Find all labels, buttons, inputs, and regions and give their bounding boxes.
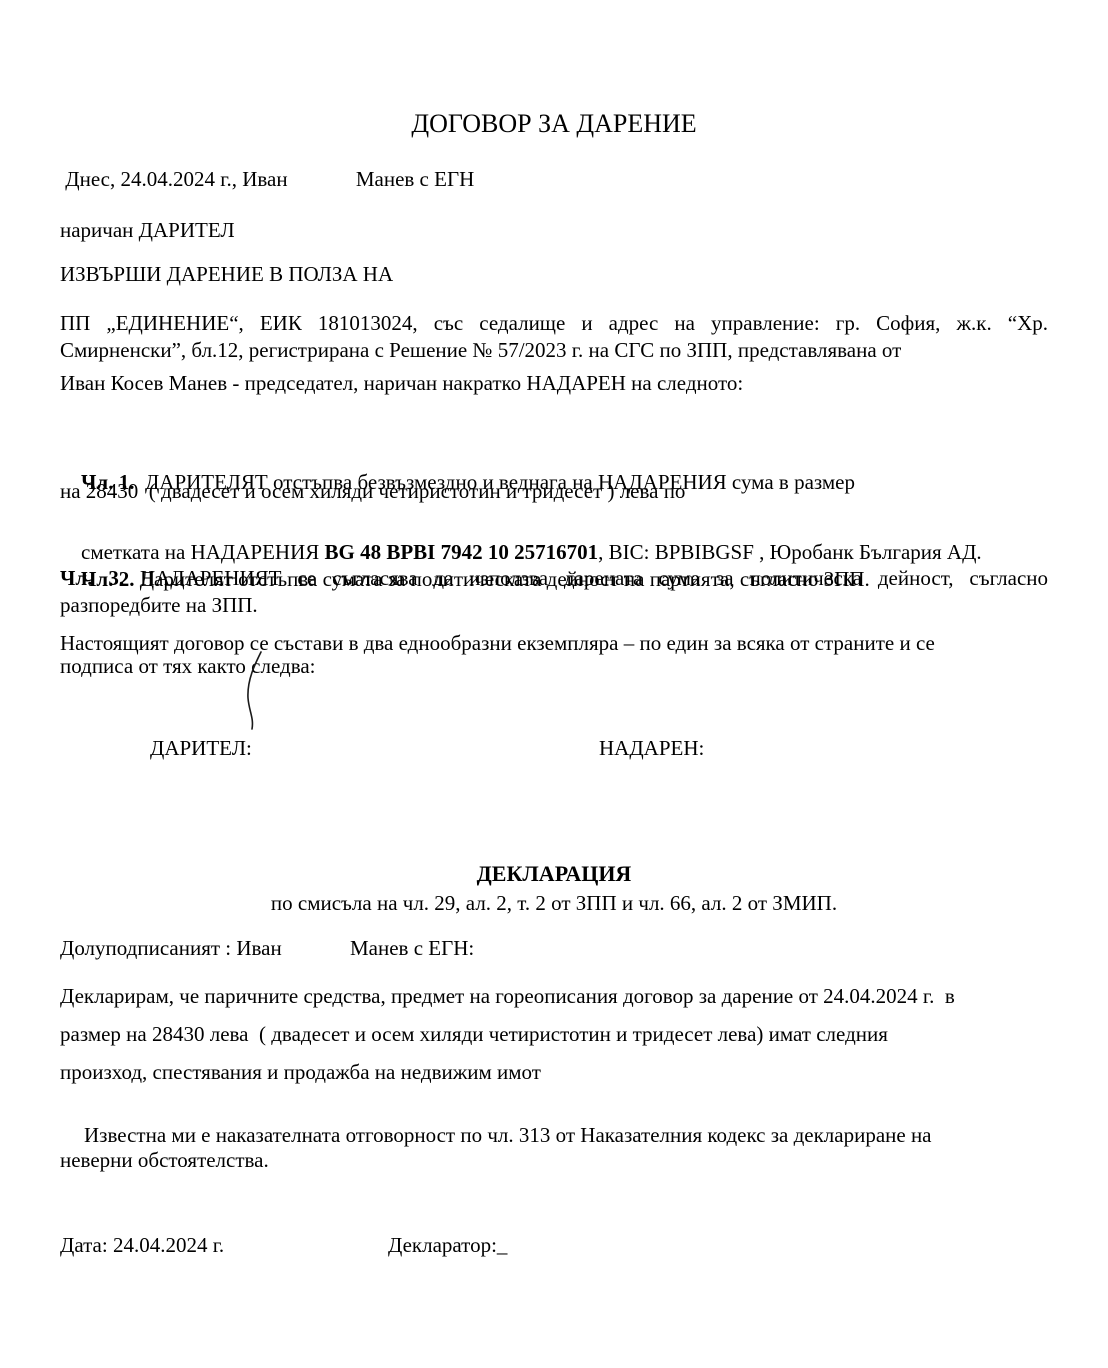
contract-action-line: ИЗВЪРШИ ДАРЕНИЕ В ПОЛЗА НА [60,261,1048,287]
contract-donor-line: наричан ДАРИТЕЛ [60,217,1048,243]
recipient-paragraph-line2: Смирненски”, бл.12, регистрирана с Решен… [60,337,1048,363]
article3-line1: Чл. 3. НАДАРЕНИЯТ се съгласява да използ… [60,565,1048,591]
declaration-subtitle: по смисъла на чл. 29, ал. 2, т. 2 от ЗПП… [60,890,1048,916]
contract-title: ДОГОВОР ЗА ДАРЕНИЕ [60,109,1048,139]
contract-signature-row: ДАРИТЕЛ: НАДАРЕН: [0,735,1108,761]
closing-paragraph-line2: подписа от тях както следва: [60,653,1048,679]
donor-signature-label: ДАРИТЕЛ: [150,735,252,761]
declaration-title: ДЕКЛАРАЦИЯ [60,861,1048,887]
declaration-signee-line: Долуподписаният : Иван Манев с ЕГН: [60,935,1048,961]
article3-line1-text: НАДАРЕНИЯТ се съгласява да използва даре… [124,566,1048,590]
declaration-body-line3: произход, спестявания и продажба на недв… [60,1059,1048,1085]
recipient-paragraph-line1: ПП „ЕДИНЕНИЕ“, ЕИК 181013024, със седали… [60,310,1048,336]
declarant-label: Декларатор:_ [388,1232,507,1258]
liability-statement-line1: Известна ми е наказателната отговорност … [60,1122,1048,1148]
declaration-date-label: Дата: 24.04.2024 г. [60,1232,224,1258]
liability-statement-line2: неверни обстоятелства. [60,1147,1048,1173]
article1-line2: на 28430 ( двадесет и осем хиляди четири… [60,478,1048,504]
declaration-footer-row: Дата: 24.04.2024 г. Декларатор:_ [0,1232,1108,1258]
recipient-representative-line: Иван Косев Манев - председател, наричан … [60,370,1048,396]
article3-label: Чл. 3. [60,566,124,590]
declaration-body-line1: Декларирам, че паричните средства, предм… [60,983,1048,1009]
declaration-body-line2: размер на 28430 лева ( двадесет и осем х… [60,1021,1048,1047]
recipient-signature-label: НАДАРЕН: [599,735,704,761]
document-page: ДОГОВОР ЗА ДАРЕНИЕ Днес, 24.04.2024 г., … [0,0,1108,1368]
pen-stroke-mark [230,648,270,738]
contract-date-line: Днес, 24.04.2024 г., Иван Манев с ЕГН [60,166,1048,192]
article3-line2: разпоредбите на ЗПП. [60,592,1048,618]
